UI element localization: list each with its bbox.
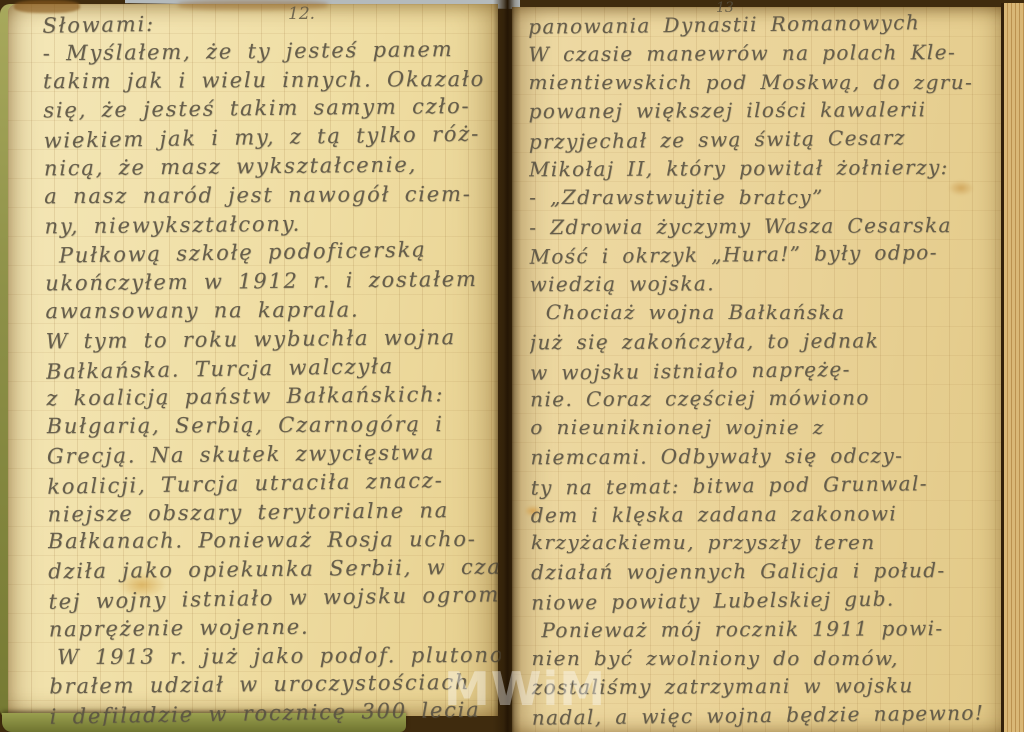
handwritten-line: awansowany na kaprala. (45, 295, 497, 326)
binding-gutter-shadow (493, 0, 521, 732)
handwritten-line: krzyżackiemu, przyszły teren (531, 528, 1005, 557)
handwritten-line: W czasie manewrów na polach Kle- (528, 38, 1002, 69)
handwritten-line: - Zdrowia życzymy Wasza Cesarska (529, 210, 1003, 241)
handwritten-line: niowe powiaty Lubelskiej gub. (531, 583, 1005, 617)
handwritten-line: Bułgarią, Serbią, Czarnogórą i (47, 410, 499, 441)
handwritten-line: W 1913 r. już jako podof. plutonowy (49, 640, 501, 671)
page-12-handwritten-text: Słowami:- Myślałem, że ty jesteś panemta… (42, 6, 501, 727)
handwritten-line: Chociaż wojna Bałkańska (530, 298, 1004, 327)
handwritten-line: przyjechał ze swą świtą Cesarz (529, 123, 1003, 157)
handwritten-line: panowania Dynastii Romanowych (528, 9, 1002, 42)
handwritten-line: dem i klęska zadana zakonowi (531, 498, 1005, 529)
handwritten-line: o nieuniknionej wojnie z (530, 413, 1004, 442)
handwritten-line: takim jak i wielu innych. Okazało (43, 64, 495, 95)
handwritten-line: a nasz naród jest nawogół ciem- (44, 180, 496, 211)
handwritten-line: powanej większej ilości kawalerii (529, 95, 1003, 126)
handwritten-line: niemcami. Odbywały się odczy- (530, 441, 1004, 472)
handwritten-line: - Myślałem, że ty jesteś panem (43, 34, 495, 68)
handwritten-line: w wojsku istniało naprężę- (530, 353, 1004, 387)
handwritten-line: mientiewskich pod Moskwą, do zgru- (528, 68, 1002, 97)
handwritten-line: działań wojennych Galicja i połud- (531, 556, 1005, 587)
handwritten-line: Mość i okrzyk „Hura!” były odpo- (529, 238, 1003, 272)
handwritten-line: Bałkanach. Ponieważ Rosja ucho- (48, 525, 500, 556)
handwritten-line: - „Zdrawstwujtie bratcy” (529, 183, 1003, 212)
handwritten-line: Ponieważ mój rocznik 1911 powi- (531, 613, 1005, 644)
page-number-left: 12. (288, 4, 315, 24)
handwritten-line: nicą, że masz wykształcenie, (44, 150, 496, 184)
handwritten-line: nie. Coraz częściej mówiono (530, 383, 1004, 414)
handwritten-line: wiedzią wojska. (529, 268, 1003, 299)
handwritten-line: ukończyłem w 1912 r. i zostałem (45, 265, 497, 299)
museum-watermark: MWiM (444, 662, 606, 716)
page-number-right: 13 (716, 0, 734, 16)
handwritten-line: już się zakończyła, to jednak (530, 326, 1004, 357)
handwritten-line: ty na temat: bitwa pod Grunwal- (530, 468, 1004, 502)
notebook-scan: 12. 13 Słowami:- Myślałem, że ty jesteś … (0, 0, 1024, 732)
handwritten-line: Mikołaj II, który powitał żołnierzy: (529, 153, 1003, 184)
page-13-handwritten-text: panowania Dynastii RomanowychW czasie ma… (528, 9, 1006, 732)
